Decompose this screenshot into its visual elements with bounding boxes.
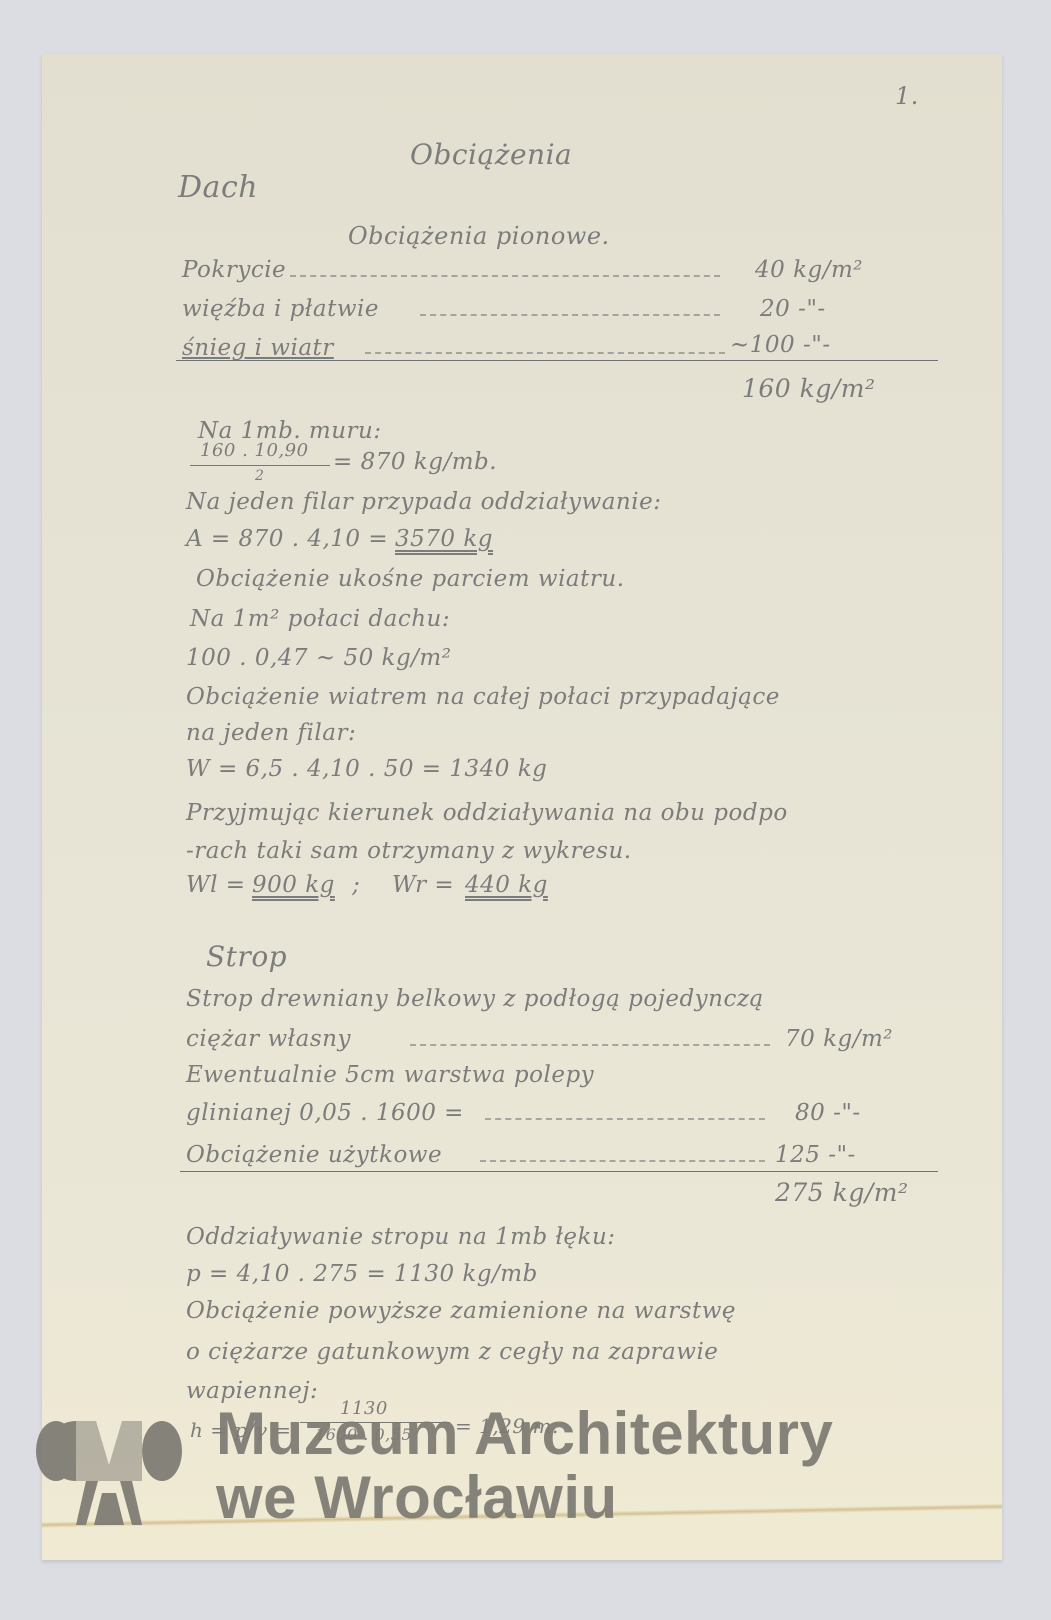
fraction-denominator: 2 xyxy=(255,468,264,484)
page-number: 1. xyxy=(895,82,919,110)
ceiling-item-label: ciężar własny xyxy=(186,1026,351,1052)
roof-item-value: ~100 -"- xyxy=(730,332,831,358)
leader-dashes xyxy=(485,1118,765,1120)
ceiling-item-label: glinianej 0,05 . 1600 = xyxy=(186,1100,464,1126)
separator: ; xyxy=(352,872,360,898)
subheading-vertical-loads: Obciążenia pionowe. xyxy=(348,222,610,250)
reaction-result: 3570 kg xyxy=(395,526,493,552)
leader-dashes xyxy=(410,1044,770,1046)
wind-heading: Obciążenie ukośne parciem wiatru. xyxy=(196,566,625,592)
wind-formula: W = 6,5 . 4,10 . 50 = 1340 kg xyxy=(186,756,547,782)
direction-line: Przyjmując kierunek oddziaływania na obu… xyxy=(186,800,788,826)
wind-total-line: Obciążenie wiatrem na całej połaci przyp… xyxy=(186,684,780,710)
roof-total: 160 kg/m² xyxy=(742,374,875,403)
sum-rule xyxy=(176,360,938,361)
wr-label: Wr = xyxy=(392,872,454,898)
wl-value: 900 kg xyxy=(252,872,335,898)
leader-dashes xyxy=(480,1160,765,1162)
roof-item-label: więźba i płatwie xyxy=(182,296,379,322)
wr-value: 440 kg xyxy=(465,872,548,898)
fraction-numerator: 160 . 10,90 xyxy=(200,440,309,461)
pillar-text: Na jeden filar przypada oddziaływanie: xyxy=(186,489,661,515)
ceiling-item-value: 70 kg/m² xyxy=(785,1026,893,1052)
roof-item-label: Pokrycie xyxy=(182,257,286,283)
wind-calc: 100 . 0,47 ~ 50 kg/m² xyxy=(186,645,451,671)
roof-item-value: 40 kg/m² xyxy=(755,257,863,283)
sum-rule xyxy=(180,1171,938,1172)
document-title: Obciążenia xyxy=(410,138,572,171)
watermark-line-1: Muzeum Architektury xyxy=(216,1399,833,1468)
ceiling-item-label: Obciążenie użytkowe xyxy=(186,1142,442,1168)
roof-item-label: śnieg i wiatr xyxy=(182,335,334,361)
ceiling-description: Strop drewniany belkowy z podłogą pojedy… xyxy=(186,986,764,1012)
wind-per-m2: Na 1m² połaci dachu: xyxy=(190,606,450,632)
wl-label: Wl = xyxy=(186,872,246,898)
leader-dashes xyxy=(420,314,720,316)
museum-logo-icon xyxy=(36,1405,182,1533)
fraction-result: = 870 kg/mb. xyxy=(333,449,497,475)
load-line: Obciążenie powyższe zamienione na warstw… xyxy=(186,1298,736,1324)
watermark-line-2: we Wrocławiu xyxy=(216,1463,618,1532)
fraction-bar xyxy=(190,465,330,466)
section-heading-roof: Dach xyxy=(178,170,258,205)
ceiling-reaction-heading: Oddziaływanie stropu na 1mb łęku: xyxy=(186,1224,616,1250)
reaction-formula: A = 870 . 4,10 = xyxy=(186,526,388,552)
leader-dashes xyxy=(290,275,720,277)
direction-line: -rach taki sam otrzymany z wykresu. xyxy=(186,838,632,864)
roof-item-value: 20 -"- xyxy=(760,296,826,322)
wind-total-line: na jeden filar: xyxy=(186,720,356,746)
ceiling-total: 275 kg/m² xyxy=(775,1178,908,1207)
load-line: o ciężarze gatunkowym z cegły na zaprawi… xyxy=(186,1339,718,1365)
ceiling-item-value: 125 -"- xyxy=(775,1142,856,1168)
section-heading-ceiling: Strop xyxy=(206,940,287,973)
leader-dashes xyxy=(365,352,725,354)
ceiling-reaction-formula: p = 4,10 . 275 = 1130 kg/mb xyxy=(186,1261,538,1287)
ceiling-item-label: Ewentualnie 5cm warstwa polepy xyxy=(186,1062,594,1088)
ceiling-item-value: 80 -"- xyxy=(795,1100,861,1126)
